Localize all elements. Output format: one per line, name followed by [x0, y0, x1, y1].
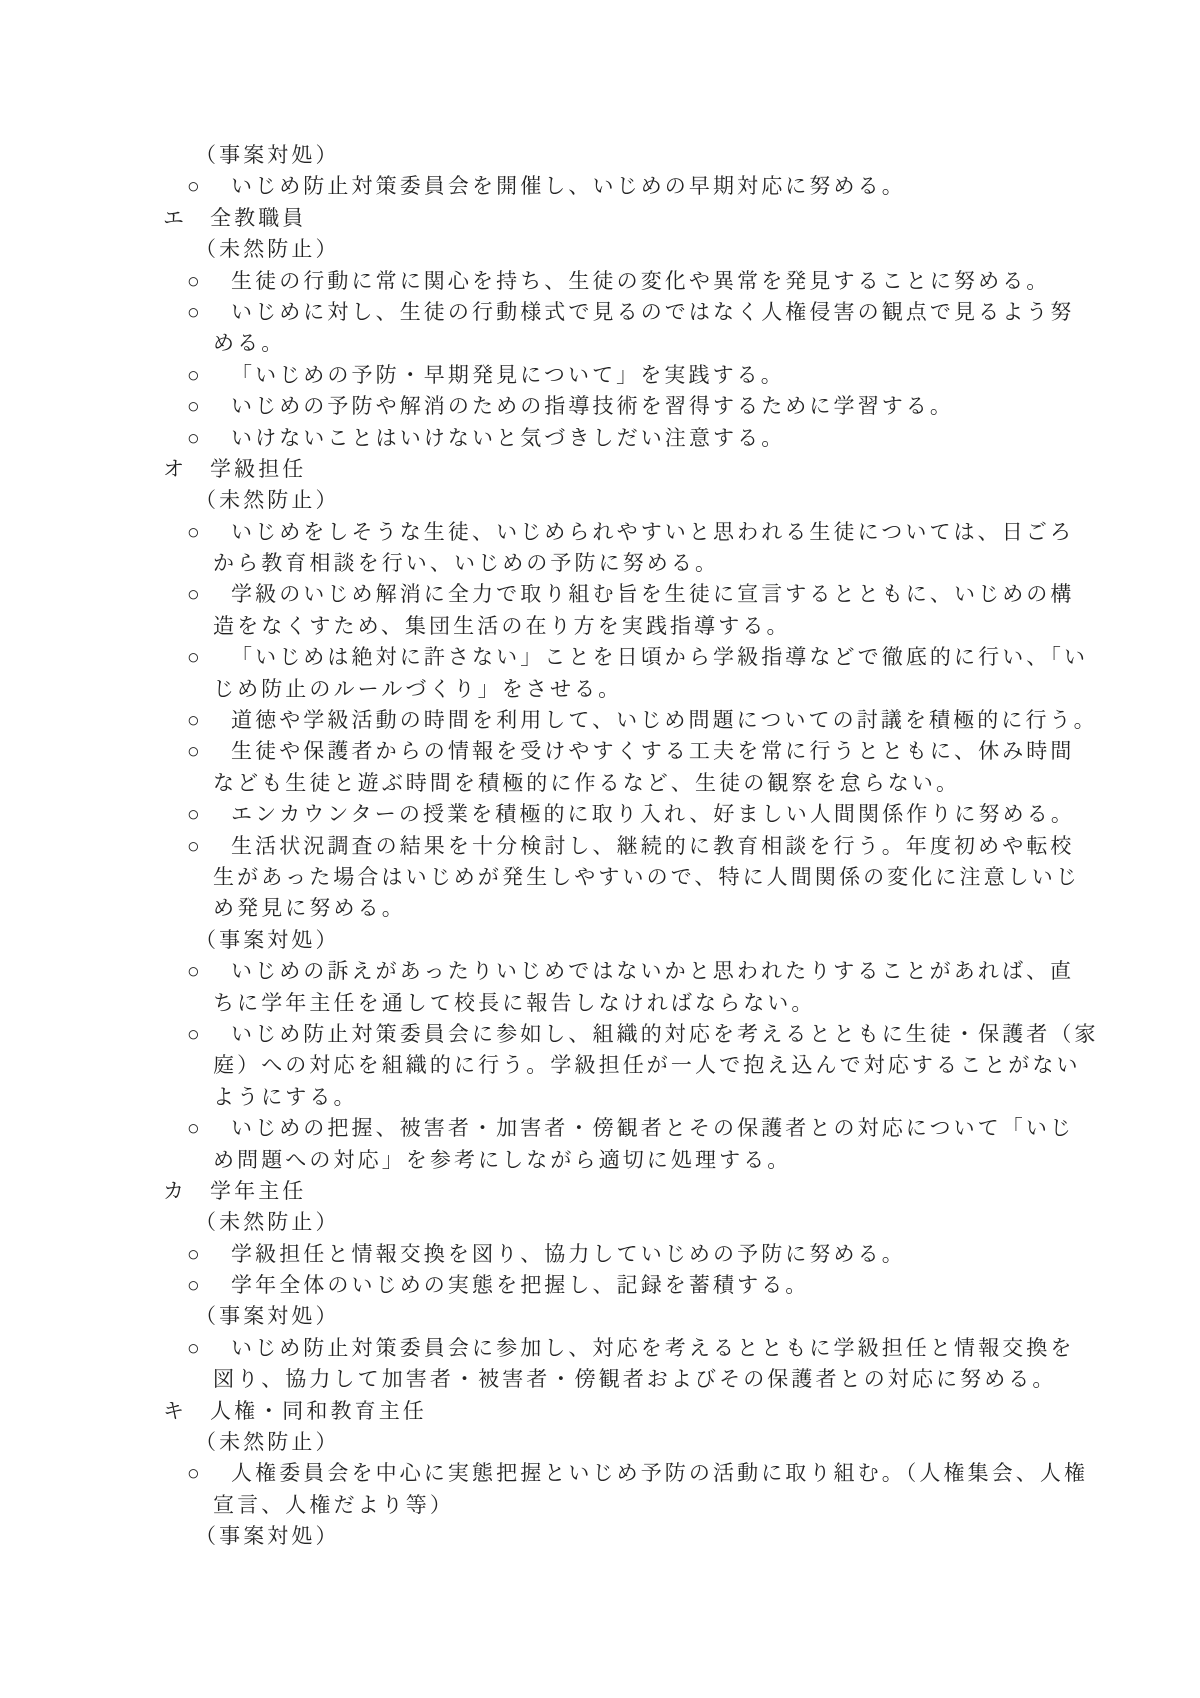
bullet-item-line: ○生徒や保護者からの情報を受けやすくする工夫を常に行うとともに、休み時間 [187, 736, 1153, 767]
circle-bullet: ○ [187, 297, 231, 328]
bullet-item-continuation: める。 [213, 328, 1153, 359]
bullet-item-line: ○いじめをしそうな生徒、いじめられやすいと思われる生徒については、日ごろ [187, 517, 1153, 548]
circle-bullet: ○ [187, 266, 231, 297]
bullet-item-line: ○いじめの把握、被害者・加害者・傍観者とその保護者との対応について「いじ [187, 1113, 1153, 1144]
bullet-item-continuation: 宣言、人権だより等） [213, 1490, 1153, 1521]
document-page: （事案対処）○いじめ防止対策委員会を開催し、いじめの早期対応に努める。エ全教職員… [0, 0, 1200, 1698]
document-body: （事案対処）○いじめ防止対策委員会を開催し、いじめの早期対応に努める。エ全教職員… [163, 140, 1153, 1553]
bullet-item-continuation: じめ防止のルールづくり」をさせる。 [213, 674, 1153, 705]
bullet-item-text: いじめをしそうな生徒、いじめられやすいと思われる生徒については、日ごろ [231, 520, 1074, 544]
section-heading: カ学年主任 [163, 1176, 1153, 1207]
bullet-item-continuation: なども生徒と遊ぶ時間を積極的に作るなど、生徒の観察を怠らない。 [213, 768, 1153, 799]
section-marker: カ [163, 1176, 210, 1207]
bullet-item-line: ○いじめ防止対策委員会に参如し、組織的対応を考えるとともに生徒・保護者（家 [187, 1019, 1153, 1050]
circle-bullet: ○ [187, 705, 231, 736]
bullet-item-line: ○いじめの予防や解消のための指導技術を習得するために学習する。 [187, 391, 1153, 422]
bullet-item-text: 生徒の行動に常に関心を持ち、生徒の変化や異常を発見することに努める。 [231, 269, 1050, 293]
bullet-item-line: ○いじめ防止対策委員会に参加し、対応を考えるとともに学級担任と情報交換を [187, 1333, 1153, 1364]
bullet-item-text: 学年全体のいじめの実態を把握し、記録を蓄積する。 [231, 1273, 809, 1297]
bullet-item-text: エンカウンターの授業を積極的に取り入れ、好ましい人間関係作りに努める。 [231, 802, 1075, 826]
bullet-item-text: いけないことはいけないと気づきしだい注意する。 [231, 426, 785, 450]
phase-heading: （未然防止） [195, 234, 1153, 265]
bullet-item-line: ○人権委員会を中心に実態把握といじめ予防の活動に取り組む。（人権集会、人権 [187, 1458, 1153, 1489]
section-title: 全教職員 [210, 206, 306, 230]
bullet-item-line: ○いじめに対し、生徒の行動様式で見るのではなく人権侵害の観点で見るよう努 [187, 297, 1153, 328]
bullet-item-text: いじめに対し、生徒の行動様式で見るのではなく人権侵害の観点で見るよう努 [231, 300, 1075, 324]
bullet-item-continuation: から教育相談を行い、いじめの予防に努める。 [213, 548, 1153, 579]
circle-bullet: ○ [187, 391, 231, 422]
circle-bullet: ○ [187, 956, 231, 987]
bullet-item-line: ○いけないことはいけないと気づきしだい注意する。 [187, 423, 1153, 454]
bullet-item-text: 「いじめの予防・早期発見について」を実践する。 [231, 363, 785, 387]
circle-bullet: ○ [187, 642, 231, 673]
bullet-item-continuation: 庭）への対応を組織的に行う。学級担任が一人で抱え込んで対応することがない [213, 1050, 1153, 1081]
bullet-item-line: ○「いじめの予防・早期発見について」を実践する。 [187, 360, 1153, 391]
circle-bullet: ○ [187, 517, 231, 548]
circle-bullet: ○ [187, 799, 231, 830]
circle-bullet: ○ [187, 736, 231, 767]
section-marker: エ [163, 203, 210, 234]
bullet-item-text: いじめの訴えがあったりいじめではないかと思われたりすることがあれば、直 [231, 959, 1074, 983]
circle-bullet: ○ [187, 579, 231, 610]
bullet-item-line: ○学級担任と情報交換を図り、協力していじめの予防に努める。 [187, 1239, 1153, 1270]
section-title: 人権・同和教育主任 [210, 1399, 427, 1423]
bullet-item-line: ○いじめの訴えがあったりいじめではないかと思われたりすることがあれば、直 [187, 956, 1153, 987]
circle-bullet: ○ [187, 171, 231, 202]
circle-bullet: ○ [187, 423, 231, 454]
circle-bullet: ○ [187, 1113, 231, 1144]
bullet-item-line: ○生徒の行動に常に関心を持ち、生徒の変化や異常を発見することに努める。 [187, 266, 1153, 297]
phase-heading: （事案対処） [195, 1301, 1153, 1332]
phase-heading: （事案対処） [195, 140, 1153, 171]
bullet-item-continuation: 生があった場合はいじめが発生しやすいので、特に人間関係の変化に注意しいじ [213, 862, 1153, 893]
circle-bullet: ○ [187, 1333, 231, 1364]
bullet-item-line: ○学級のいじめ解消に全力で取り組む旨を生徒に宣言するとともに、いじめの構 [187, 579, 1153, 610]
circle-bullet: ○ [187, 1270, 231, 1301]
bullet-item-text: 人権委員会を中心に実態把握といじめ予防の活動に取り組む。（人権集会、人権 [231, 1461, 1088, 1485]
phase-heading: （未然防止） [195, 1207, 1153, 1238]
circle-bullet: ○ [187, 1019, 231, 1050]
bullet-item-continuation: 造をなくすため、集団生活の在り方を実践指導する。 [213, 611, 1153, 642]
bullet-item-text: 道徳や学級活動の時間を利用して、いじめ問題についての討議を積極的に行う。 [231, 708, 1098, 732]
circle-bullet: ○ [187, 831, 231, 862]
circle-bullet: ○ [187, 360, 231, 391]
section-marker: オ [163, 454, 210, 485]
bullet-item-text: 生活状況調査の結果を十分検討し、継続的に教育相談を行う。年度初めや転校 [231, 834, 1075, 858]
bullet-item-continuation: め発見に努める。 [213, 893, 1153, 924]
bullet-item-continuation: め問題への対応」を参考にしながら適切に処理する。 [213, 1145, 1153, 1176]
bullet-item-continuation: ようにする。 [213, 1082, 1153, 1113]
bullet-item-text: 学級担任と情報交換を図り、協力していじめの予防に努める。 [231, 1242, 906, 1266]
section-marker: キ [163, 1396, 210, 1427]
bullet-item-text: 学級のいじめ解消に全力で取り組む旨を生徒に宣言するとともに、いじめの構 [231, 582, 1075, 606]
section-title: 学年主任 [210, 1179, 306, 1203]
section-heading: エ全教職員 [163, 203, 1153, 234]
section-title: 学級担任 [210, 457, 306, 481]
bullet-item-continuation: 図り、協力して加害者・被害者・傍観者およびその保護者との対応に努める。 [213, 1364, 1153, 1395]
bullet-item-text: 「いじめは絶対に許さない」ことを日頃から学級指導などで徹底的に行い、「い [231, 645, 1088, 669]
bullet-item-continuation: ちに学年主任を通して校長に報告しなければならない。 [213, 988, 1153, 1019]
bullet-item-text: いじめ防止対策委員会を開催し、いじめの早期対応に努める。 [231, 174, 906, 198]
bullet-item-line: ○道徳や学級活動の時間を利用して、いじめ問題についての討議を積極的に行う。 [187, 705, 1153, 736]
bullet-item-text: いじめの把握、被害者・加害者・傍観者とその保護者との対応について「いじ [231, 1116, 1074, 1140]
bullet-item-text: 生徒や保護者からの情報を受けやすくする工夫を常に行うとともに、休み時間 [231, 739, 1075, 763]
circle-bullet: ○ [187, 1239, 231, 1270]
phase-heading: （事案対処） [195, 925, 1153, 956]
bullet-item-text: いじめ防止対策委員会に参如し、組織的対応を考えるとともに生徒・保護者（家 [231, 1022, 1099, 1046]
bullet-item-line: ○学年全体のいじめの実態を把握し、記録を蓄積する。 [187, 1270, 1153, 1301]
bullet-item-line: ○生活状況調査の結果を十分検討し、継続的に教育相談を行う。年度初めや転校 [187, 831, 1153, 862]
section-heading: オ学級担任 [163, 454, 1153, 485]
phase-heading: （未然防止） [195, 1427, 1153, 1458]
phase-heading: （未然防止） [195, 485, 1153, 516]
section-heading: キ人権・同和教育主任 [163, 1396, 1153, 1427]
circle-bullet: ○ [187, 1458, 231, 1489]
bullet-item-text: いじめの予防や解消のための指導技術を習得するために学習する。 [231, 394, 954, 418]
phase-heading: （事案対処） [195, 1521, 1153, 1552]
bullet-item-line: ○「いじめは絶対に許さない」ことを日頃から学級指導などで徹底的に行い、「い [187, 642, 1153, 673]
bullet-item-line: ○いじめ防止対策委員会を開催し、いじめの早期対応に努める。 [187, 171, 1153, 202]
bullet-item-line: ○エンカウンターの授業を積極的に取り入れ、好ましい人間関係作りに努める。 [187, 799, 1153, 830]
bullet-item-text: いじめ防止対策委員会に参加し、対応を考えるとともに学級担任と情報交換を [231, 1336, 1075, 1360]
